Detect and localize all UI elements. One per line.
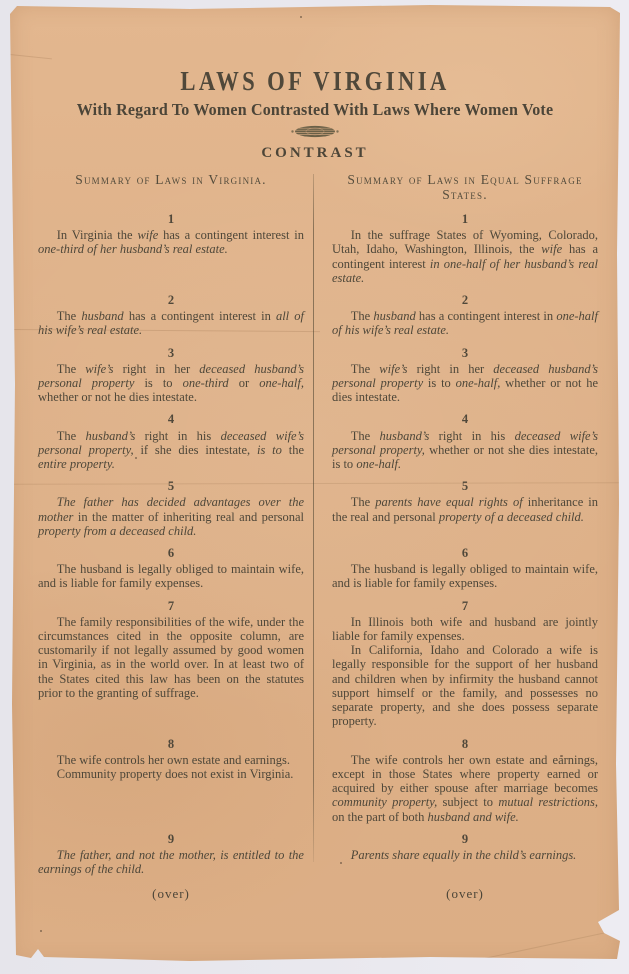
- section-number: 6: [332, 546, 598, 560]
- section-cell-right: 1 In the suffrage States of Wyoming, Col…: [332, 204, 598, 285]
- section-paragraph: Community property does not exist in Vir…: [38, 767, 304, 781]
- section-cell-right: 5 The parents have equal rights of inher…: [332, 471, 598, 538]
- section-number: 7: [38, 599, 304, 613]
- section-paragraph: The husband has a contingent interest in…: [332, 309, 598, 337]
- document-body: Summary of Laws in Virginia. Summary of …: [10, 172, 620, 902]
- section-paragraph: The parents have equal rights of inherit…: [332, 495, 598, 523]
- section-cell-left: 4 The husband’s right in his deceased wi…: [38, 404, 304, 471]
- section-paragraph: In California, Idaho and Colorado a wife…: [332, 643, 598, 728]
- paper-speck: [300, 16, 302, 18]
- section-paragraph: In the suffrage States of Wyoming, Color…: [332, 228, 598, 285]
- section-paragraph: The husband has a contingent interest in…: [38, 309, 304, 337]
- column-divider: [313, 174, 314, 862]
- section-number: 2: [332, 293, 598, 307]
- section-cell-left: 1 In Virginia the wife has a contingent …: [38, 204, 304, 285]
- section-number: 7: [332, 599, 598, 613]
- section-cell-right: 7 In Illinois both wife and husband are …: [332, 591, 598, 729]
- section-cell-left: 9 The father, and not the mother, is ent…: [38, 824, 304, 877]
- paper-crease: [467, 926, 629, 962]
- section-paragraph: The wife controls her own estate and ear…: [38, 753, 304, 767]
- section-paragraph: The father has decided advantages over t…: [38, 495, 304, 538]
- section-cell-left: 5 The father has decided advantages over…: [38, 471, 304, 538]
- section-number: 3: [38, 346, 304, 360]
- section-number: 5: [332, 479, 598, 493]
- section-cell-right: 2 The husband has a contingent interest …: [332, 285, 598, 338]
- section-number: 1: [332, 212, 598, 226]
- section-cell-left: 6 The husband is legally obliged to main…: [38, 538, 304, 591]
- section-paragraph: The husband’s right in his deceased wife…: [38, 429, 304, 472]
- section-number: 5: [38, 479, 304, 493]
- section-paragraph: The wife’s right in her deceased husband…: [332, 362, 598, 405]
- section-number: 9: [332, 832, 598, 846]
- section-cell-right: 8 The wife controls her own estate and e…: [332, 729, 598, 824]
- section-paragraph: The husband is legally obliged to mainta…: [332, 562, 598, 590]
- over-label-left: (over): [38, 886, 304, 902]
- document-paper: LAWS OF VIRGINIA With Regard To Women Co…: [10, 4, 620, 965]
- section-cell-right: 4 The husband’s right in his deceased wi…: [332, 404, 598, 471]
- paper-crease: [6, 54, 52, 60]
- section-number: 6: [38, 546, 304, 560]
- page-subtitle: With Regard To Women Contrasted With Law…: [19, 100, 611, 120]
- section-cell-left: 8 The wife controls her own estate and e…: [38, 729, 304, 824]
- section-paragraph: The family responsibilities of the wife,…: [38, 615, 304, 700]
- left-column-header: Summary of Laws in Virginia.: [38, 172, 304, 202]
- section-number: 8: [332, 737, 598, 751]
- section-cell-left: 7 The family responsibilities of the wif…: [38, 591, 304, 729]
- section-number: 9: [38, 832, 304, 846]
- section-number: 4: [332, 412, 598, 426]
- contrast-heading: CONTRAST: [10, 145, 620, 162]
- section-number: 8: [38, 737, 304, 751]
- section-paragraph: Parents share equally in the child’s ear…: [332, 848, 598, 862]
- section-cell-right: 3 The wife’s right in her deceased husba…: [332, 338, 598, 405]
- printer-ornament-icon: [10, 124, 620, 139]
- page-title: LAWS OF VIRGINIA: [59, 66, 571, 97]
- section-paragraph: The husband’s right in his deceased wife…: [332, 429, 598, 472]
- section-cell-right: 9 Parents share equally in the child’s e…: [332, 824, 598, 877]
- section-paragraph: The husband is legally obliged to mainta…: [38, 562, 304, 590]
- over-label-right: (over): [332, 886, 598, 902]
- section-paragraph: The father, and not the mother, is entit…: [38, 848, 304, 876]
- section-number: 4: [38, 412, 304, 426]
- section-paragraph: In Illinois both wife and husband are jo…: [332, 615, 598, 643]
- paper-speck: [40, 930, 42, 932]
- section-number: 1: [38, 212, 304, 226]
- right-column-header: Summary of Laws in Equal Suffrage States…: [332, 172, 598, 202]
- section-cell-right: 6 The husband is legally obliged to main…: [332, 538, 598, 591]
- section-number: 3: [332, 346, 598, 360]
- section-paragraph: In Virginia the wife has a contingent in…: [38, 228, 304, 256]
- masthead: LAWS OF VIRGINIA With Regard To Women Co…: [10, 66, 620, 162]
- section-paragraph: The wife’s right in her deceased husband…: [38, 362, 304, 405]
- section-cell-left: 2 The husband has a contingent interest …: [38, 285, 304, 338]
- section-number: 2: [38, 293, 304, 307]
- section-cell-left: 3 The wife’s right in her deceased husba…: [38, 338, 304, 405]
- section-paragraph: The wife controls her own estate and ear…: [332, 753, 598, 824]
